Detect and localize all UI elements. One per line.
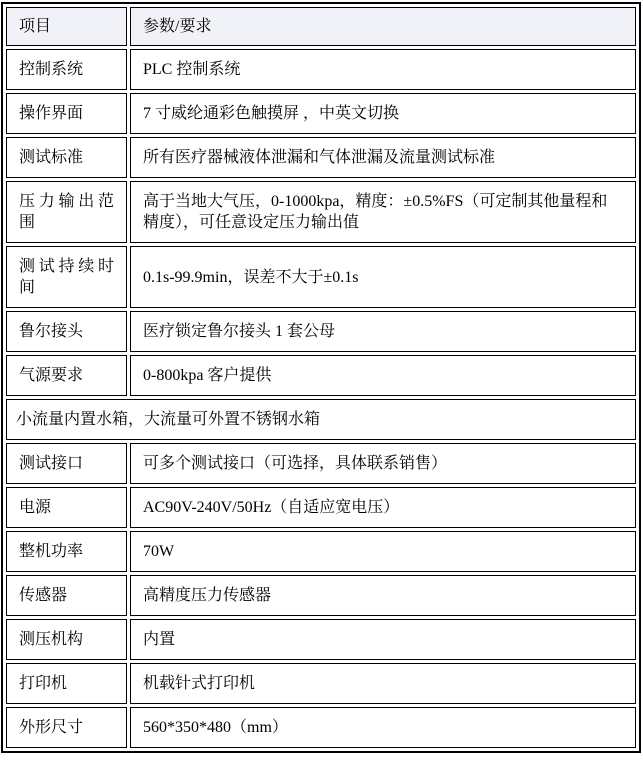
water-tank-note: 小流量内置水箱，大流量可外置不锈钢水箱 [6,399,636,440]
spec-value-luer-connector: 医疗锁定鲁尔接头 1 套公母 [130,311,636,352]
spec-item-control-system: 控制系统 [6,49,127,90]
table-row: 测压机构 内置 [6,619,636,660]
spec-item-interface: 操作界面 [6,93,127,134]
header-row: 项目 参数/要求 [6,7,636,46]
spec-item-test-duration: 测试持续时间 [6,246,127,308]
table-row: 电源 AC90V-240V/50Hz（自适应宽电压） [6,487,636,528]
table-row: 操作界面 7 寸威纶通彩色触摸屏 ，中英文切换 [6,93,636,134]
spec-item-power-supply: 电源 [6,487,127,528]
table-row: 测试接口 可多个测试接口（可选择，具体联系销售） [6,443,636,484]
header-cell-item: 项目 [6,7,127,46]
merged-row: 小流量内置水箱，大流量可外置不锈钢水箱 [6,399,636,440]
spec-value-pressure-range: 高于当地大气压，0-1000kpa，精度：±0.5%FS（可定制其他量程和精度）… [130,181,636,243]
spec-value-test-ports: 可多个测试接口（可选择，具体联系销售） [130,443,636,484]
spec-value-printer: 机载针式打印机 [130,663,636,704]
spec-value-test-standard: 所有医疗器械液体泄漏和气体泄漏及流量测试标准 [130,137,636,178]
spec-item-test-standard: 测试标准 [6,137,127,178]
spec-value-control-system: PLC 控制系统 [130,49,636,90]
table-row: 鲁尔接头 医疗锁定鲁尔接头 1 套公母 [6,311,636,352]
spec-value-total-power: 70W [130,531,636,572]
spec-value-interface: 7 寸威纶通彩色触摸屏 ，中英文切换 [130,93,636,134]
table-row: 外形尺寸 560*350*480（mm） [6,707,636,748]
table-row: 测试标准 所有医疗器械液体泄漏和气体泄漏及流量测试标准 [6,137,636,178]
table-row: 测试持续时间 0.1s-99.9min，误差不大于±0.1s [6,246,636,308]
spec-value-test-duration: 0.1s-99.9min，误差不大于±0.1s [130,246,636,308]
spec-value-sensor: 高精度压力传感器 [130,575,636,616]
table-row: 整机功率 70W [6,531,636,572]
spec-value-pressure-mechanism: 内置 [130,619,636,660]
table-row: 压力输出范围 高于当地大气压，0-1000kpa，精度：±0.5%FS（可定制其… [6,181,636,243]
spec-item-test-ports: 测试接口 [6,443,127,484]
spec-table: 项目 参数/要求 控制系统 PLC 控制系统 操作界面 7 寸威纶通彩色触摸屏 … [1,2,641,753]
table-row: 气源要求 0-800kpa 客户提供 [6,355,636,396]
spec-item-sensor: 传感器 [6,575,127,616]
table-row: 打印机 机载针式打印机 [6,663,636,704]
spec-item-printer: 打印机 [6,663,127,704]
spec-value-air-supply: 0-800kpa 客户提供 [130,355,636,396]
spec-value-dimensions: 560*350*480（mm） [130,707,636,748]
table-row: 传感器 高精度压力传感器 [6,575,636,616]
table-row: 控制系统 PLC 控制系统 [6,49,636,90]
spec-value-power-supply: AC90V-240V/50Hz（自适应宽电压） [130,487,636,528]
header-cell-params: 参数/要求 [130,7,636,46]
spec-item-luer-connector: 鲁尔接头 [6,311,127,352]
spec-item-dimensions: 外形尺寸 [6,707,127,748]
spec-item-air-supply: 气源要求 [6,355,127,396]
spec-item-pressure-mechanism: 测压机构 [6,619,127,660]
spec-item-pressure-range: 压力输出范围 [6,181,127,243]
spec-item-total-power: 整机功率 [6,531,127,572]
